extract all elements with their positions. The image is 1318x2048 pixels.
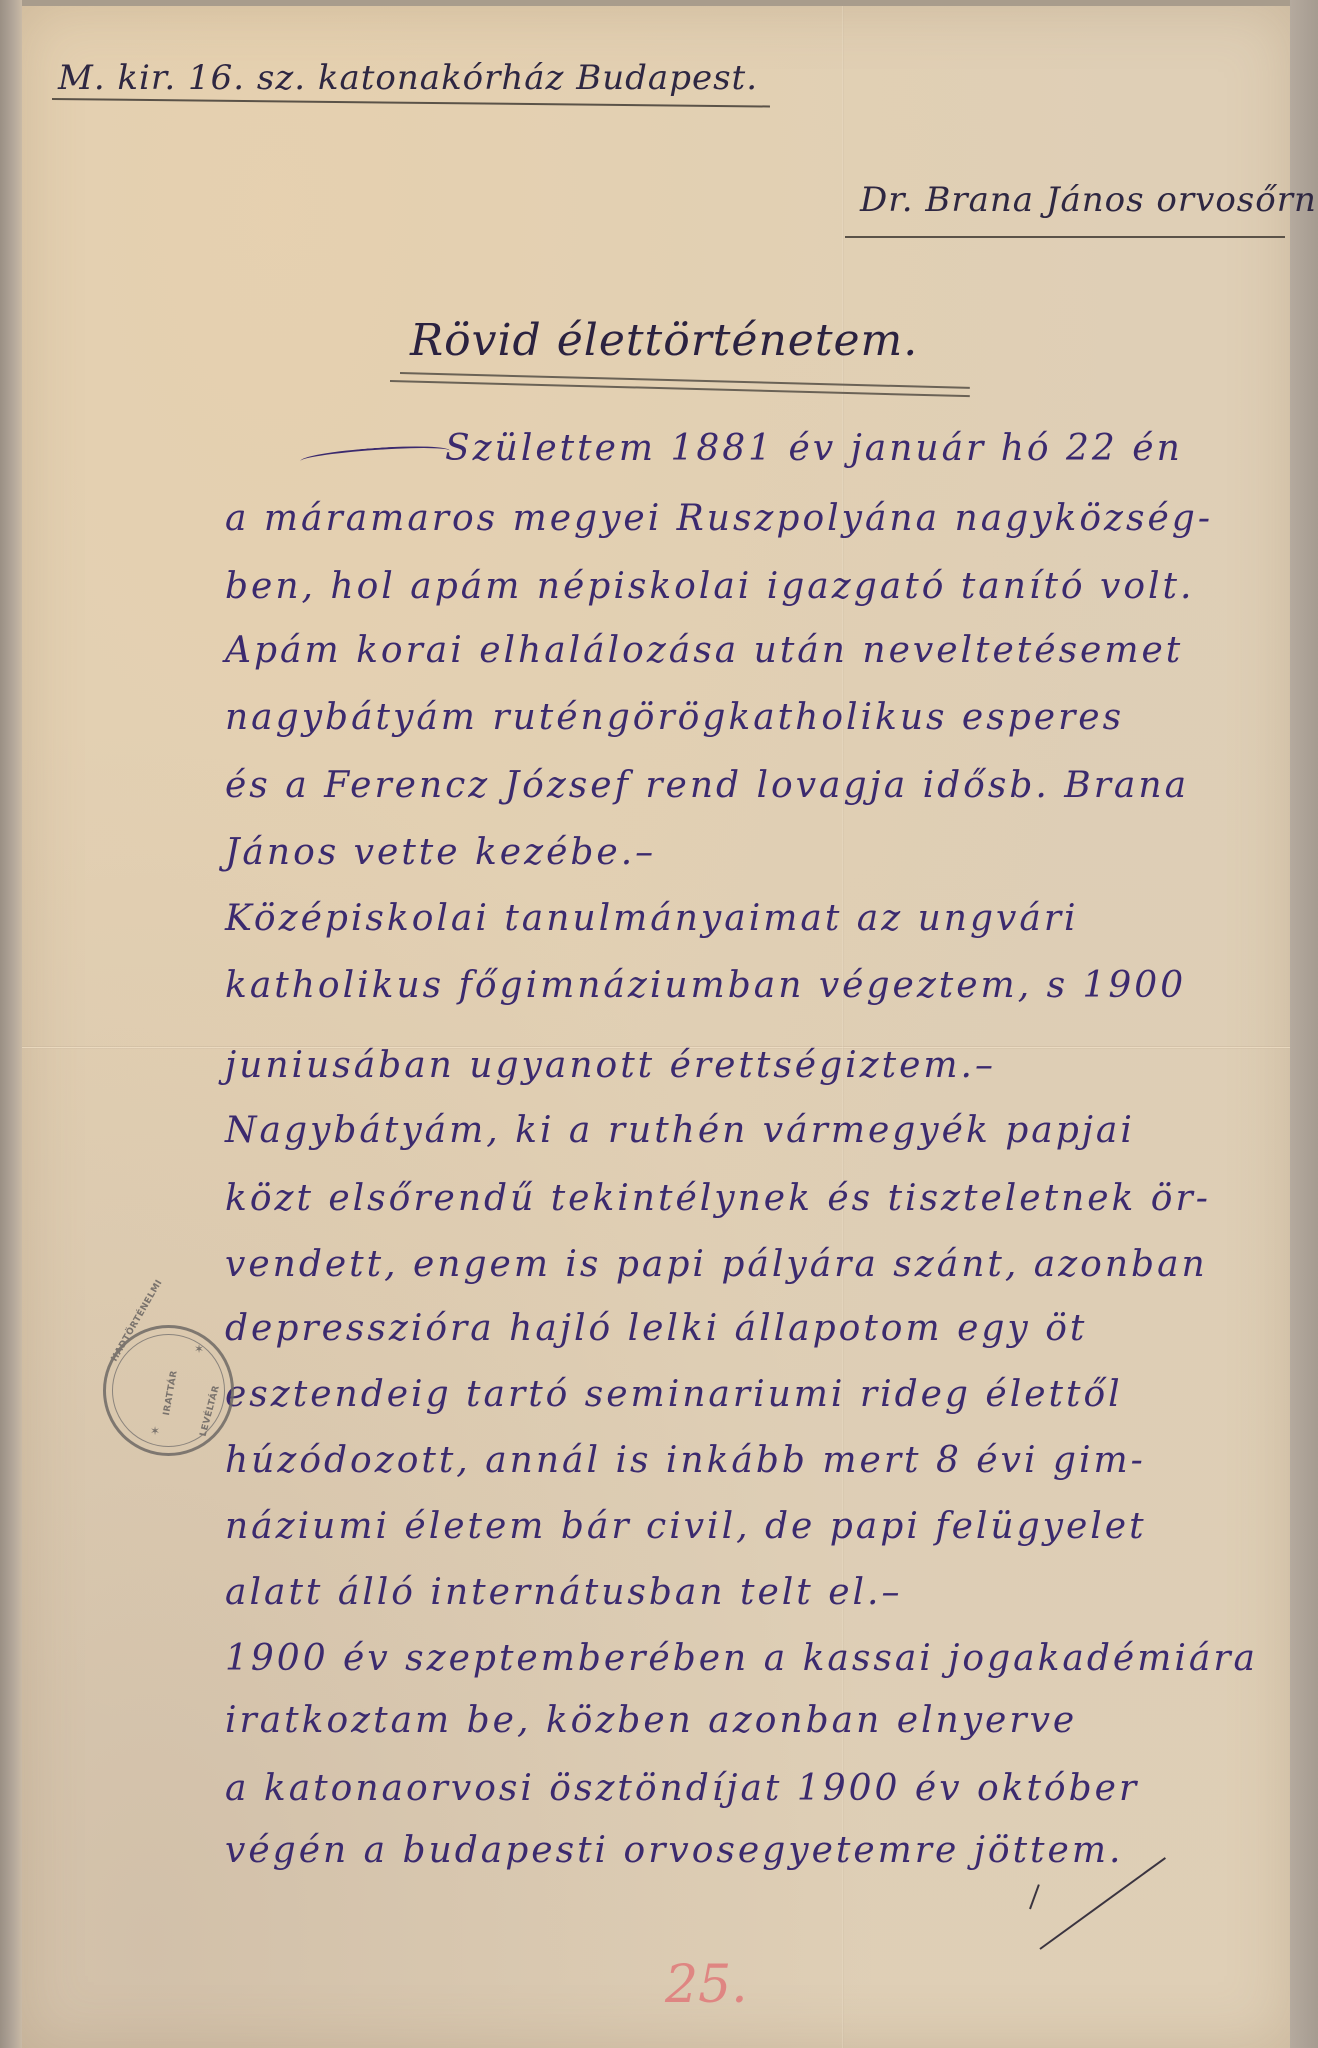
body-line-7: János vette kezébe.– bbox=[225, 832, 656, 873]
body-line-18: alatt álló internátusban telt el.– bbox=[225, 1572, 902, 1613]
body-line-9: katholikus főgimnáziumban végeztem, s 19… bbox=[225, 965, 1186, 1006]
body-line-1: Születtem 1881 év január hó 22 én bbox=[445, 428, 1183, 469]
author-line: Dr. Brana János orvosőrnagy bbox=[860, 180, 1318, 220]
body-line-16: húzódozott, annál is inkább mert 8 évi g… bbox=[225, 1440, 1146, 1481]
body-line-2: a máramaros megyei Ruszpolyána nagyközsé… bbox=[225, 498, 1213, 539]
paper-fold-vertical bbox=[842, 6, 844, 2048]
author-underline bbox=[845, 236, 1285, 238]
body-line-6: és a Ferencz József rend lovagja idősb. … bbox=[225, 765, 1189, 806]
body-line-5: nagybátyám ruténgörögkatholikus esperes bbox=[225, 697, 1124, 738]
body-line-19: 1900 év szeptemberében a kassai jogakadé… bbox=[225, 1638, 1258, 1679]
body-line-10: juniusában ugyanott érettségiztem.– bbox=[225, 1045, 996, 1086]
body-line-17: náziumi életem bár civil, de papi felügy… bbox=[225, 1506, 1147, 1547]
scan-backdrop-left bbox=[0, 0, 22, 2048]
body-line-4: Apám korai elhalálozása után neveltetése… bbox=[225, 630, 1183, 671]
institution-header: M. kir. 16. sz. katonakórház Budapest. bbox=[58, 58, 758, 98]
body-line-8: Középiskolai tanulmányaimat az ungvári bbox=[225, 898, 1079, 939]
body-line-13: vendett, engem is papi pályára szánt, az… bbox=[225, 1244, 1208, 1285]
scan-backdrop-right bbox=[1290, 0, 1318, 2048]
body-line-14: depresszióra hajló lelki állapotom egy ö… bbox=[225, 1308, 1087, 1349]
stamp-star-icon: ✶ bbox=[150, 1424, 160, 1438]
body-line-20: iratkoztam be, közben azonban elnyerve bbox=[225, 1700, 1077, 1741]
stamp-star-icon: ✶ bbox=[194, 1342, 204, 1356]
page-number: 25. bbox=[665, 1955, 748, 2015]
body-line-15: esztendeig tartó seminariumi rideg élett… bbox=[225, 1374, 1123, 1415]
body-line-11: Nagybátyám, ki a ruthén vármegyék papjai bbox=[225, 1110, 1135, 1151]
document-page bbox=[22, 6, 1290, 2048]
archive-stamp: HADTÖRTÉNELMI IRATTÁR LEVÉLTÁR ✶ ✶ bbox=[103, 1325, 234, 1456]
body-line-21: a katonaorvosi ösztöndíjat 1900 év októb… bbox=[225, 1768, 1139, 1809]
body-line-12: közt elsőrendű tekintélynek és tisztelet… bbox=[225, 1178, 1211, 1219]
document-title: Rövid élettörténetem. bbox=[410, 315, 918, 366]
body-line-3: ben, hol apám népiskolai igazgató tanító… bbox=[225, 566, 1194, 607]
body-line-22: végén a budapesti orvosegyetemre jöttem. bbox=[225, 1830, 1123, 1871]
